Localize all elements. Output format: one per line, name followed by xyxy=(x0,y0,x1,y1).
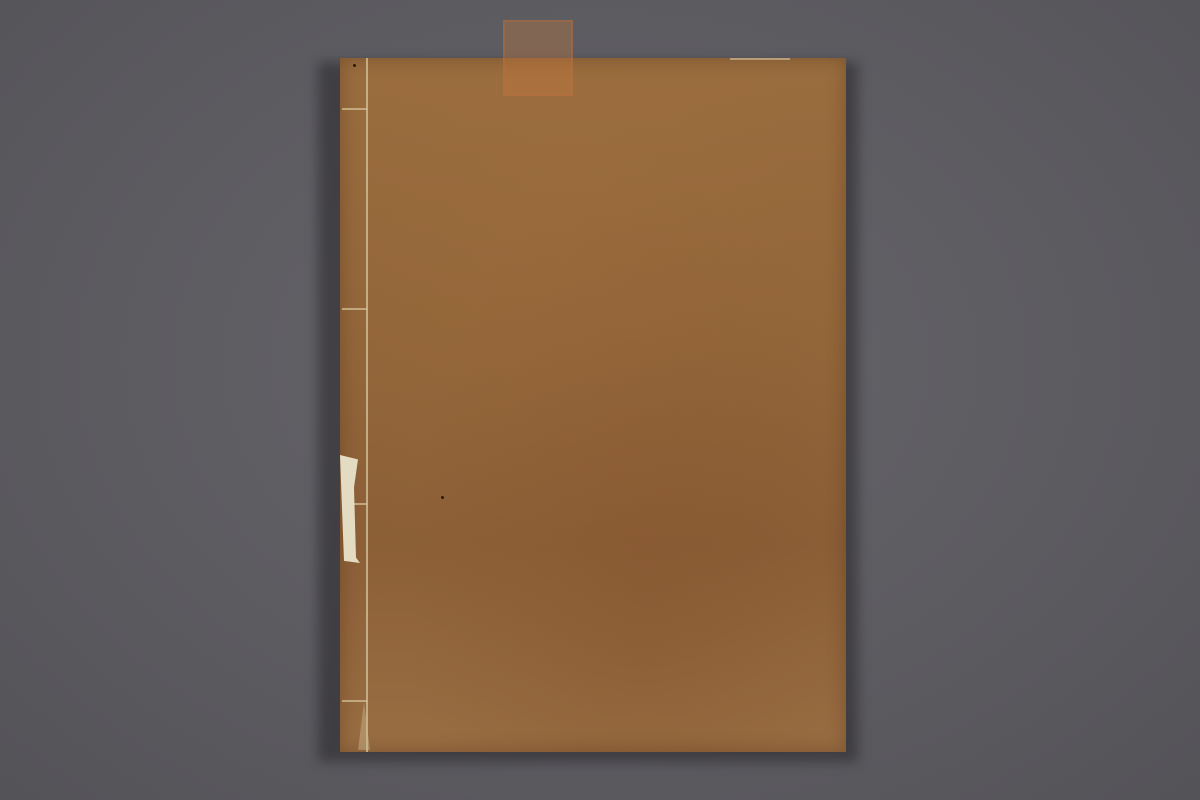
cover-top-edge-wear xyxy=(730,58,790,60)
book-cover xyxy=(340,58,846,752)
ink-spot xyxy=(353,64,356,67)
ink-spot xyxy=(441,496,444,499)
red-seal-stamp xyxy=(503,20,573,96)
binding-thread-vertical xyxy=(366,58,368,752)
binding-stitch xyxy=(342,108,368,110)
binding-corner-thread xyxy=(358,702,370,750)
binding-stitch xyxy=(342,308,368,310)
